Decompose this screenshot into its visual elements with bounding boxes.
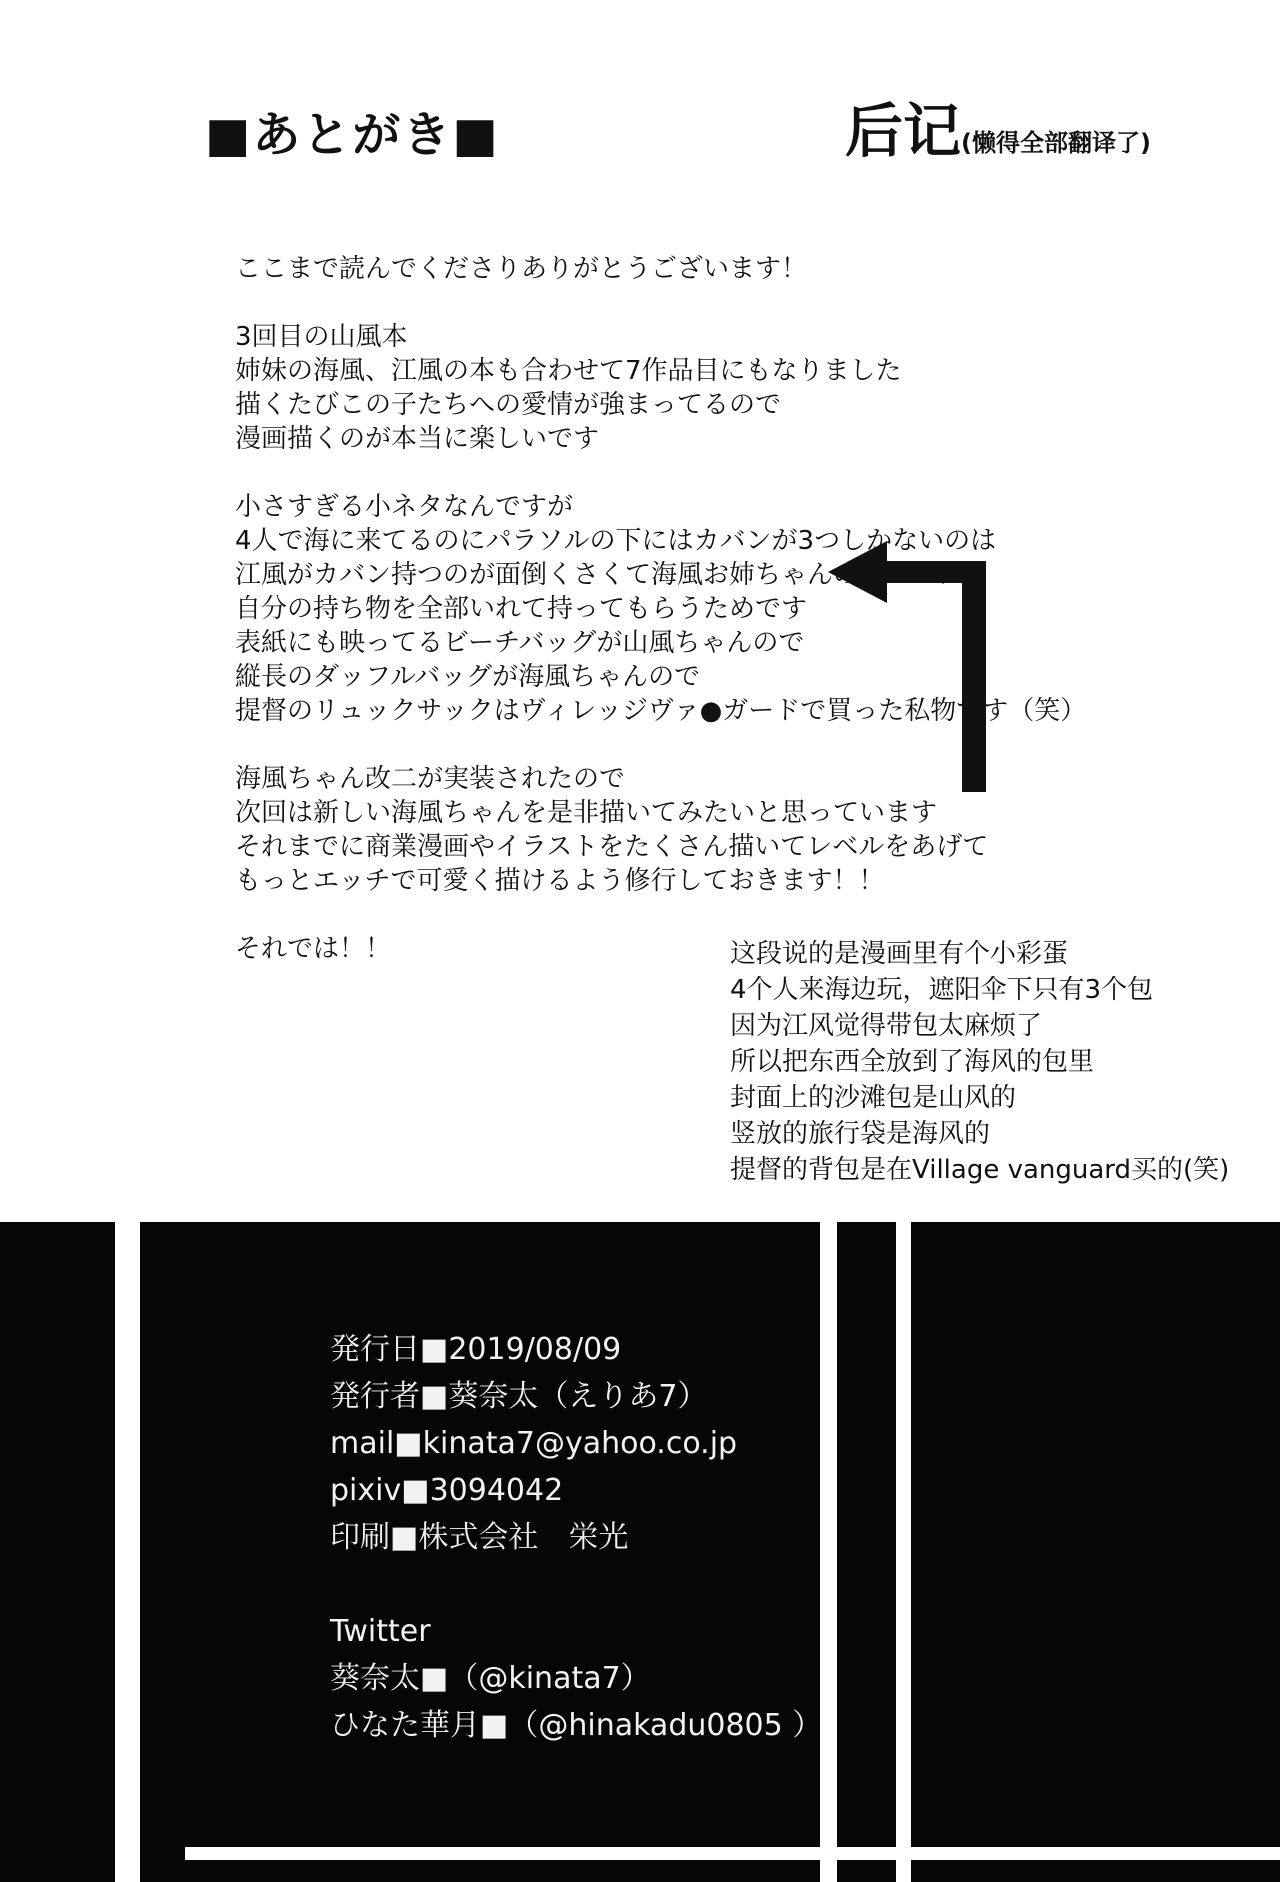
- colophon-line-pixiv: pixiv■3094042: [330, 1467, 822, 1514]
- translator-note-line: 提督的背包是在Village vanguard买的(笑): [730, 1152, 1229, 1188]
- afterword-line: それまでに商業漫画やイラストをたくさん描いてレベルをあげて: [235, 830, 1086, 864]
- afterword-line: 次回は新しい海風ちゃんを是非描いてみたいと思っています: [235, 796, 1086, 830]
- translator-note-line: 封面上的沙滩包是山风的: [730, 1080, 1229, 1116]
- colophon-line-mail: mail■kinata7@yahoo.co.jp: [330, 1420, 822, 1467]
- footer-white-stripe-right-2: [896, 1222, 911, 1882]
- afterword-line: ここまで読んでくださりありがとうございます！: [235, 252, 1086, 286]
- translator-note-line: 所以把东西全放到了海风的包里: [730, 1044, 1229, 1080]
- translator-note-line: 竖放的旅行袋是海风的: [730, 1116, 1229, 1152]
- footer-white-band-bottom: [185, 1847, 1280, 1860]
- afterword-page: ■あとがき■ 后记 (懒得全部翻译了) ここまで読んでくださりありがとうございま…: [0, 0, 1280, 1882]
- afterword-title-cn-note: (懒得全部翻译了): [961, 123, 1151, 158]
- colophon-line-twitter-head: Twitter: [330, 1608, 822, 1655]
- translator-note-line: 4个人来海边玩，遮阳伞下只有3个包: [730, 972, 1229, 1008]
- colophon-line-publisher: 発行者■葵奈太（えりあ7）: [330, 1373, 822, 1420]
- afterword-line: [235, 456, 1086, 490]
- colophon-line-printer: 印刷■株式会社 栄光: [330, 1514, 822, 1561]
- translator-note-block: 这段说的是漫画里有个小彩蛋 4个人来海边玩，遮阳伞下只有3个包 因为江风觉得带包…: [730, 936, 1229, 1188]
- afterword-title: ■あとがき■: [205, 96, 500, 165]
- translator-note-line: 这段说的是漫画里有个小彩蛋: [730, 936, 1229, 972]
- colophon-line-publish-date: 発行日■2019/08/09: [330, 1326, 822, 1373]
- afterword-line: [235, 286, 1086, 320]
- colophon-line-blank: [330, 1561, 822, 1608]
- afterword-line: 漫画描くのが本当に楽しいです: [235, 422, 1086, 456]
- afterword-line: [235, 898, 1086, 932]
- footer-white-stripe-right-1: [820, 1222, 837, 1882]
- colophon-footer: 発行日■2019/08/09 発行者■葵奈太（えりあ7） mail■kinata…: [0, 1222, 1280, 1882]
- afterword-line: 描くたびこの子たちへの愛情が強まってるので: [235, 388, 1086, 422]
- afterword-line: 小さすぎる小ネタなんですが: [235, 490, 1086, 524]
- elbow-arrow-icon: [820, 535, 995, 800]
- afterword-title-cn-group: 后记 (懒得全部翻译了): [845, 102, 1151, 160]
- afterword-line: 3回目の山風本: [235, 320, 1086, 354]
- afterword-line: もっとエッチで可愛く描けるよう修行しておきます！！: [235, 864, 1086, 898]
- afterword-line: 姉妹の海風、江風の本も合わせて7作品目にもなりました: [235, 354, 1086, 388]
- colophon-line-twitter-2: ひなた華月■（@hinakadu0805 ）: [330, 1702, 822, 1749]
- footer-white-stripe-left: [115, 1222, 140, 1882]
- colophon-line-twitter-1: 葵奈太■（@kinata7）: [330, 1655, 822, 1702]
- afterword-title-cn: 后记: [845, 102, 961, 160]
- colophon-text-block: 発行日■2019/08/09 発行者■葵奈太（えりあ7） mail■kinata…: [330, 1326, 822, 1749]
- translator-note-line: 因为江风觉得带包太麻烦了: [730, 1008, 1229, 1044]
